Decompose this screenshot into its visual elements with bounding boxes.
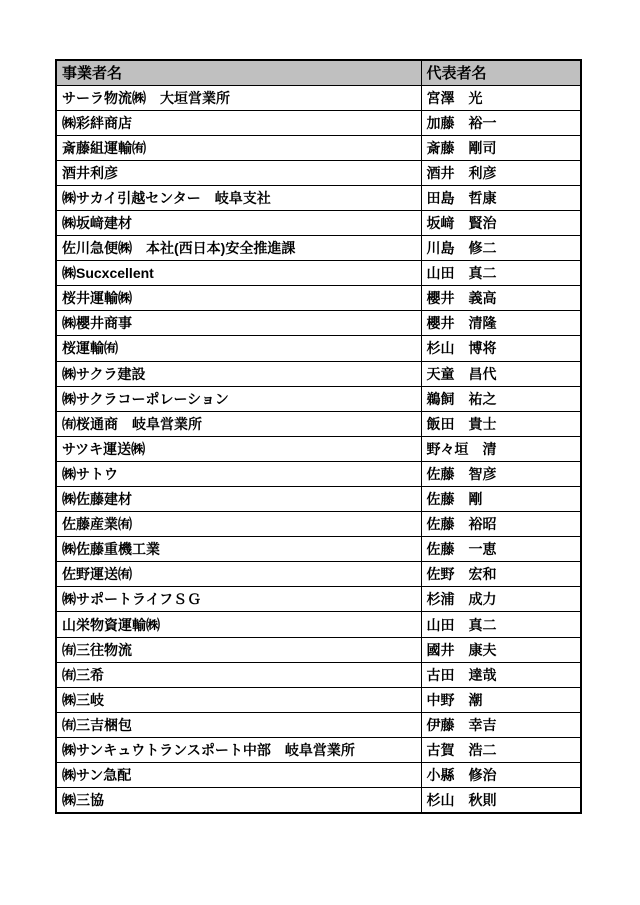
representative-name-cell: 山田 真二 (421, 612, 581, 637)
representative-name-cell: 櫻井 義高 (421, 286, 581, 311)
representative-name-cell: 杉山 博将 (421, 336, 581, 361)
representative-name-cell: 野々垣 清 (421, 436, 581, 461)
table-row: ㈲三往物流 國井 康夫 (56, 637, 581, 662)
header-representative-name: 代表者名 (421, 60, 581, 85)
representative-name-cell: 酒井 利彦 (421, 160, 581, 185)
representative-name-cell: 天童 昌代 (421, 361, 581, 386)
business-name-cell: 斎藤組運輸㈲ (56, 135, 421, 160)
table-body: サーラ物流㈱ 大垣営業所 宮澤 光 ㈱彩絆商店 加藤 裕一 斎藤組運輸㈲ 斎藤 … (56, 85, 581, 813)
representative-name-cell: 杉山 秋則 (421, 788, 581, 813)
representative-name-cell: 宮澤 光 (421, 85, 581, 110)
table-row: 佐藤産業㈲ 佐藤 裕昭 (56, 512, 581, 537)
table-row: ㈱佐藤重機工業 佐藤 一恵 (56, 537, 581, 562)
business-name-cell: ㈱サン急配 (56, 763, 421, 788)
business-name-cell: ㈲三希 (56, 662, 421, 687)
table-row: ㈱サポートライフＳＧ 杉浦 成力 (56, 587, 581, 612)
table-row: ㈲桜通商 岐阜営業所 飯田 貴士 (56, 411, 581, 436)
table-row: ㈱サカイ引越センター 岐阜支社 田島 哲康 (56, 185, 581, 210)
table-row: 桜運輸㈲ 杉山 博将 (56, 336, 581, 361)
business-name-cell: ㈱サカイ引越センター 岐阜支社 (56, 185, 421, 210)
business-name-cell: ㈱サポートライフＳＧ (56, 587, 421, 612)
representative-name-cell: 古田 達哉 (421, 662, 581, 687)
representative-name-cell: 山田 真二 (421, 261, 581, 286)
representative-name-cell: 坂﨑 賢治 (421, 210, 581, 235)
business-name-cell: ㈱佐藤建材 (56, 487, 421, 512)
document-page: 事業者名 代表者名 サーラ物流㈱ 大垣営業所 宮澤 光 ㈱彩絆商店 加藤 裕一 … (0, 0, 640, 905)
header-row: 事業者名 代表者名 (56, 60, 581, 85)
business-name-cell: ㈱Sucxcellent (56, 261, 421, 286)
table-row: ㈱櫻井商事 櫻井 清隆 (56, 311, 581, 336)
business-name-cell: 酒井利彦 (56, 160, 421, 185)
business-name-cell: 桜運輸㈲ (56, 336, 421, 361)
business-name-cell: ㈲三吉梱包 (56, 712, 421, 737)
business-name-cell: 山栄物資運輸㈱ (56, 612, 421, 637)
business-name-cell: ㈱サトウ (56, 461, 421, 486)
representative-name-cell: 佐藤 智彦 (421, 461, 581, 486)
table-row: ㈱彩絆商店 加藤 裕一 (56, 110, 581, 135)
table-row: ㈱坂﨑建材 坂﨑 賢治 (56, 210, 581, 235)
table-row: ㈱三協 杉山 秋則 (56, 788, 581, 813)
business-name-cell: 佐藤産業㈲ (56, 512, 421, 537)
table-row: ㈱三岐 中野 潮 (56, 687, 581, 712)
business-name-cell: ㈱サクラコーポレーション (56, 386, 421, 411)
table-row: ㈱サン急配 小縣 修治 (56, 763, 581, 788)
table-row: ㈱Sucxcellent 山田 真二 (56, 261, 581, 286)
table-row: サツキ運送㈱ 野々垣 清 (56, 436, 581, 461)
business-name-cell: ㈱サクラ建設 (56, 361, 421, 386)
representative-name-cell: 佐藤 剛 (421, 487, 581, 512)
table-row: ㈱サクラ建設 天童 昌代 (56, 361, 581, 386)
business-name-cell: ㈱坂﨑建材 (56, 210, 421, 235)
representative-name-cell: 佐藤 一恵 (421, 537, 581, 562)
business-name-cell: ㈱サンキュウトランスポート中部 岐阜営業所 (56, 737, 421, 762)
representative-name-cell: 伊藤 幸吉 (421, 712, 581, 737)
representative-name-cell: 小縣 修治 (421, 763, 581, 788)
business-name-cell: ㈱彩絆商店 (56, 110, 421, 135)
table-row: ㈱サンキュウトランスポート中部 岐阜営業所 古賀 浩二 (56, 737, 581, 762)
table-row: ㈲三吉梱包 伊藤 幸吉 (56, 712, 581, 737)
representative-name-cell: 斎藤 剛司 (421, 135, 581, 160)
business-name-cell: ㈲桜通商 岐阜営業所 (56, 411, 421, 436)
representative-name-cell: 鵜飼 祐之 (421, 386, 581, 411)
header-business-name: 事業者名 (56, 60, 421, 85)
representative-name-cell: 川島 修二 (421, 236, 581, 261)
table-row: ㈱佐藤建材 佐藤 剛 (56, 487, 581, 512)
table-row: 斎藤組運輸㈲ 斎藤 剛司 (56, 135, 581, 160)
business-name-cell: ㈱三岐 (56, 687, 421, 712)
representative-name-cell: 加藤 裕一 (421, 110, 581, 135)
business-name-cell: 佐野運送㈲ (56, 562, 421, 587)
representative-name-cell: 佐野 宏和 (421, 562, 581, 587)
business-name-cell: ㈱三協 (56, 788, 421, 813)
business-name-cell: ㈱櫻井商事 (56, 311, 421, 336)
representative-name-cell: 櫻井 清隆 (421, 311, 581, 336)
business-name-cell: サーラ物流㈱ 大垣営業所 (56, 85, 421, 110)
table-row: 佐野運送㈲ 佐野 宏和 (56, 562, 581, 587)
representative-name-cell: 古賀 浩二 (421, 737, 581, 762)
representative-name-cell: 飯田 貴士 (421, 411, 581, 436)
representative-name-cell: 佐藤 裕昭 (421, 512, 581, 537)
business-name-cell: サツキ運送㈱ (56, 436, 421, 461)
business-table: 事業者名 代表者名 サーラ物流㈱ 大垣営業所 宮澤 光 ㈱彩絆商店 加藤 裕一 … (55, 59, 582, 814)
representative-name-cell: 杉浦 成力 (421, 587, 581, 612)
table-row: ㈱サトウ 佐藤 智彦 (56, 461, 581, 486)
representative-name-cell: 田島 哲康 (421, 185, 581, 210)
representative-name-cell: 中野 潮 (421, 687, 581, 712)
table-row: 桜井運輸㈱ 櫻井 義高 (56, 286, 581, 311)
table-row: 酒井利彦 酒井 利彦 (56, 160, 581, 185)
table-row: サーラ物流㈱ 大垣営業所 宮澤 光 (56, 85, 581, 110)
representative-name-cell: 國井 康夫 (421, 637, 581, 662)
table-row: 山栄物資運輸㈱ 山田 真二 (56, 612, 581, 637)
business-name-cell: 桜井運輸㈱ (56, 286, 421, 311)
table-row: 佐川急便㈱ 本社(西日本)安全推進課 川島 修二 (56, 236, 581, 261)
business-name-cell: ㈲三往物流 (56, 637, 421, 662)
table-row: ㈱サクラコーポレーション 鵜飼 祐之 (56, 386, 581, 411)
table-row: ㈲三希 古田 達哉 (56, 662, 581, 687)
business-name-cell: ㈱佐藤重機工業 (56, 537, 421, 562)
business-name-cell: 佐川急便㈱ 本社(西日本)安全推進課 (56, 236, 421, 261)
